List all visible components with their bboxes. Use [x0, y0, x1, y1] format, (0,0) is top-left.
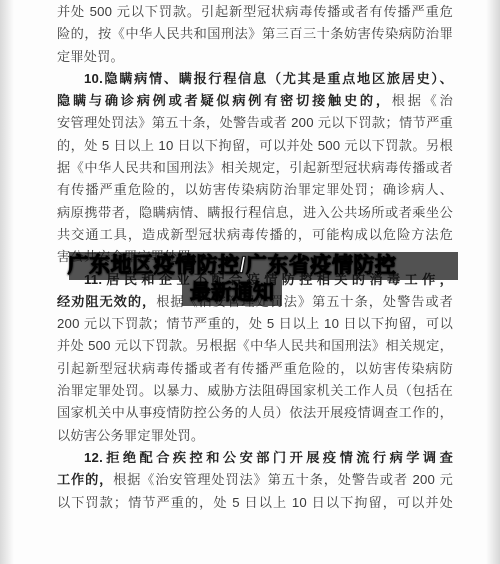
text-line: 工作的，根据《治安管理处罚法》第五十条，处警告或者 200 元 [57, 469, 453, 491]
text-line: 的，处 5 日以上 10 日以下拘留，可以并处 500 元以下罚款。另根 [57, 135, 453, 157]
text-line: 共交通工具，造成新型冠状病毒传播的，可能构成以危险方法危 [57, 224, 453, 246]
text-line: 治罪定罪处罚。以暴力、威胁方法阻碍国家机关工作人员（包括在 [57, 380, 453, 402]
title-line-2-text: 最新通知 [182, 280, 282, 306]
text-line: 据《中华人民共和国刑法》相关规定，引起新型冠状病毒传播或者 [57, 157, 453, 179]
text-line: 200 元以下罚款；情节严重的，处 5 日以上 10 日以下拘留，可以 [57, 313, 453, 335]
text-line: 以妨害公务罪定罪处罚。 [57, 425, 453, 447]
text-line: 10.隐瞒病情、瞒报行程信息（尤其是重点地区旅居史）、 [57, 68, 453, 90]
text-line: 定罪处罚。 [57, 46, 453, 68]
text-line: 引起新型冠状病毒传播或者有传播严重危险的，以妨害传染病防 [57, 358, 453, 380]
text-line: 国家机关中从事疫情防控公务的人员）依法开展疫情调查工作的， [57, 402, 453, 424]
text-line: 12.拒绝配合疾控和公安部门开展疫情流行病学调查 [57, 447, 453, 469]
page-edge-shadow-left [0, 0, 14, 564]
text-line: 险的，按《中华人民共和国刑法》第三百三十条妨害传染病防治罪 [57, 23, 453, 45]
title-overlay: 广东地区疫情防控/广东省疫情防控 最新通知 [0, 252, 464, 306]
text-line: 并处 500 元以下罚款。另根据《中华人民共和国刑法》相关规定， [57, 335, 453, 357]
text-line: 并处 500 元以下罚款。引起新型冠状病毒传播或者有传播严重危 [57, 1, 453, 23]
title-line-1: 广东地区疫情防控/广东省疫情防控 [0, 252, 464, 280]
text-line: 隐瞒与确诊病例或者疑似病例有密切接触史的，根据《治 [57, 90, 453, 112]
title-line-2: 最新通知 [0, 280, 464, 306]
text-line: 安管理处罚法》第五十条，处警告或者 200 元以下罚款；情节严重 [57, 112, 453, 134]
text-line: 有传播严重危险的，以妨害传染病防治罪定罪处罚；确诊病人、 [57, 179, 453, 201]
page-edge-shadow-right [486, 0, 500, 564]
text-line: 以下罚款；情节严重的，处 5 日以上 10 日以下拘留，可以并处 500 [57, 492, 453, 514]
document-page: 并处 500 元以下罚款。引起新型冠状病毒传播或者有传播严重危险的，按《中华人民… [0, 0, 500, 564]
text-line: 病原携带者，隐瞒病情、瞒报行程信息，进入公共场所或者乘坐公 [57, 202, 453, 224]
